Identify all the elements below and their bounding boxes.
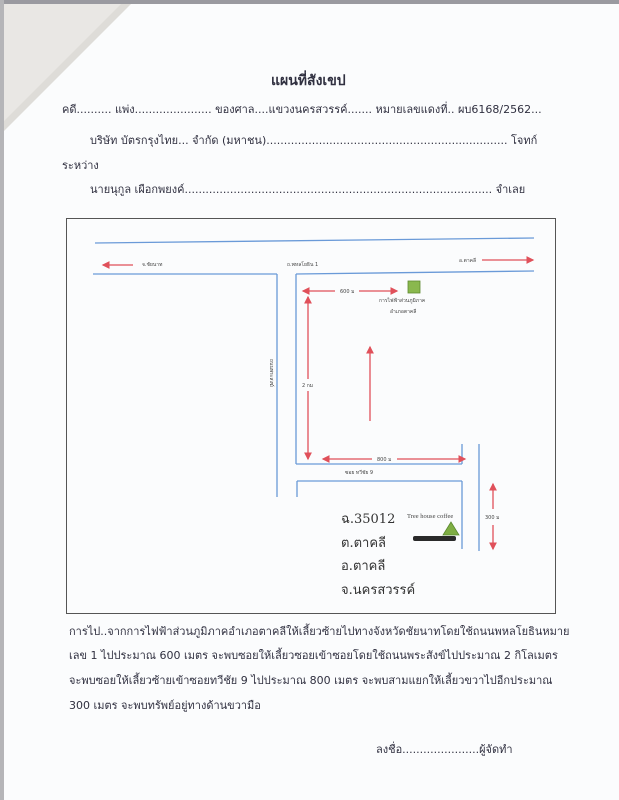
directions-line-4: 300 เมตร จะพบทรัพย์อยู่ทางด้านขวามือ (69, 696, 261, 714)
destination-icon (443, 522, 459, 535)
label-to-chainat: จ.ชัยนาท (142, 261, 162, 269)
map-drawing (67, 219, 555, 613)
roads (93, 238, 534, 551)
label-destination: Tree house coffee (407, 513, 453, 520)
plaintiff-line: บริษัท บัตรกรุงไทย... จำกัด (มหาชน).....… (90, 131, 537, 149)
signature-line: ลงชื่อ......................ผู้จัดทำ (376, 740, 513, 758)
address-line-3: อ.ตาคลี (341, 555, 385, 576)
directions-line-1: การไป..จากการไฟฟ้าส่วนภูมิภาคอำเภอตาคลีใ… (69, 622, 569, 640)
label-soi: ซอย ทวีชัย 9 (345, 469, 373, 477)
directions-line-2: เลข 1 ไปประมาณ 600 เมตร จะพบซอยให้เลี้ยว… (69, 646, 558, 664)
directions-line-3: จะพบซอยให้เลี้ยวซ้ายเข้าซอยทวีชัย 9 ไปปร… (69, 671, 553, 689)
label-main-road: ถ.พหลโยธิน 1 (287, 261, 318, 269)
document-title: แผนที่สังเขป (271, 70, 346, 92)
scan-edge-top (0, 0, 619, 4)
route-arrows (103, 260, 533, 549)
label-dist-300: 300 ม (485, 514, 499, 522)
landmark-icon (408, 281, 420, 293)
address-line-4: จ.นครสวรรค์ (341, 579, 415, 600)
label-dist-2km: 2 กม (302, 382, 313, 390)
case-line: คดี.......... แพ่ง......................… (62, 100, 542, 118)
label-landmark-sub: อำเภอตาคลี (390, 308, 416, 316)
scan-edge-left (0, 0, 4, 800)
destination-marker-bar (413, 536, 456, 541)
sketch-map: จ.ชัยนาท ถ.พหลโยธิน 1 อ.ตาคลี 600 ม การไ… (66, 218, 556, 614)
label-to-takhli: อ.ตาคลี (459, 257, 476, 265)
label-dist-600: 600 ม (340, 288, 354, 296)
address-line-2: ต.ตาคลี (341, 532, 386, 553)
label-landmark-name: การไฟฟ้าส่วนภูมิภาค (379, 297, 425, 305)
address-line-1: ฉ.35012 (341, 508, 395, 529)
between-label: ระหว่าง (62, 156, 99, 174)
label-side-road: ถนนพระสงฆ์ (267, 359, 275, 387)
defendant-line: นายนุกูล เผือกพยงค์.....................… (90, 180, 525, 198)
label-dist-800: 800 ม (377, 456, 391, 464)
